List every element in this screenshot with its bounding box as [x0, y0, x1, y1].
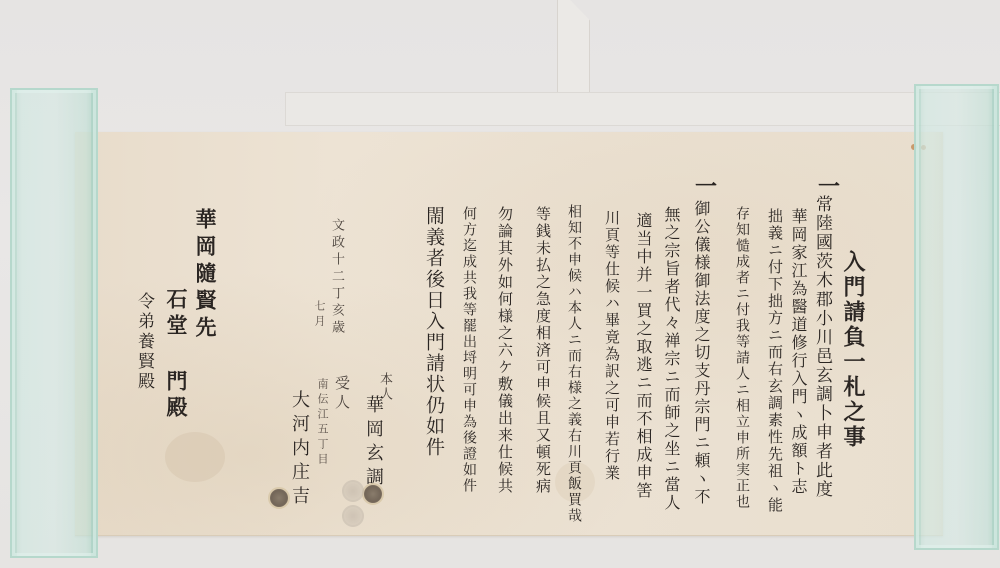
date-month: 七月: [314, 300, 325, 330]
glass-weight-right: [914, 84, 999, 550]
body-column: 常陸國茨木郡小川邑玄調卜申者此度: [813, 195, 830, 499]
principal-name: 華岡玄調: [364, 395, 382, 491]
body-column: 華岡家江為醫道修行入門ヽ成額ト志: [790, 208, 806, 496]
date-era: 文政十二丁亥歳: [330, 218, 343, 337]
glass-weight-left: [10, 88, 98, 558]
seal-faint-lower: [342, 505, 364, 527]
paper-stain: [165, 432, 225, 482]
seal-guarantor: [268, 487, 290, 509]
guarantor-address: 南伝江五丁目: [317, 378, 328, 468]
body-column: 適当中并一買之取逃ニ而不相成申筈: [635, 212, 651, 500]
body-column: 相知不申候ハ本人ニ而右様之義右川頁飯買哉: [567, 204, 581, 524]
body-column: 川頁等仕候ハ畢竟為訳之可申若行業: [604, 210, 619, 482]
body-column: 御公儀様御法度之切支丹宗門ニ頼ヽ不: [693, 200, 709, 506]
guarantor-name: 大河内庄吉: [290, 390, 308, 510]
addressee-3: 令弟養賢殿: [135, 292, 152, 392]
body-column: 等銭未払之急度相済可申候且又頓死病: [535, 206, 550, 495]
seal-faint-upper: [342, 480, 364, 502]
body-column: 拙義ニ付下拙方ニ而右玄調素性先祖ヽ能: [767, 208, 782, 514]
guarantor-role: 受人: [334, 375, 349, 413]
document-title: 入門請負一札之事: [842, 250, 864, 450]
body-column: 無之宗旨者代々禅宗ニ而師之坐ニ當人: [663, 206, 679, 512]
body-column: 閙義者後日入門請状仍如件: [424, 206, 443, 458]
mounting-strip: [285, 92, 1000, 126]
addressee-2: 石堂 門殿: [166, 288, 187, 422]
body-column: 何方迄成共我等罷出埒明可申為後證如件: [462, 206, 476, 494]
body-column: 勿論其外如何様之六ケ敷儀出来仕候共: [497, 206, 512, 495]
seal-principal: [362, 483, 384, 505]
addressee-1: 華岡隨賢先: [195, 208, 216, 343]
item-marker: 一: [695, 170, 717, 201]
body-column: 存知慥成者ニ付我等請人ニ相立申所実正也: [735, 206, 749, 510]
